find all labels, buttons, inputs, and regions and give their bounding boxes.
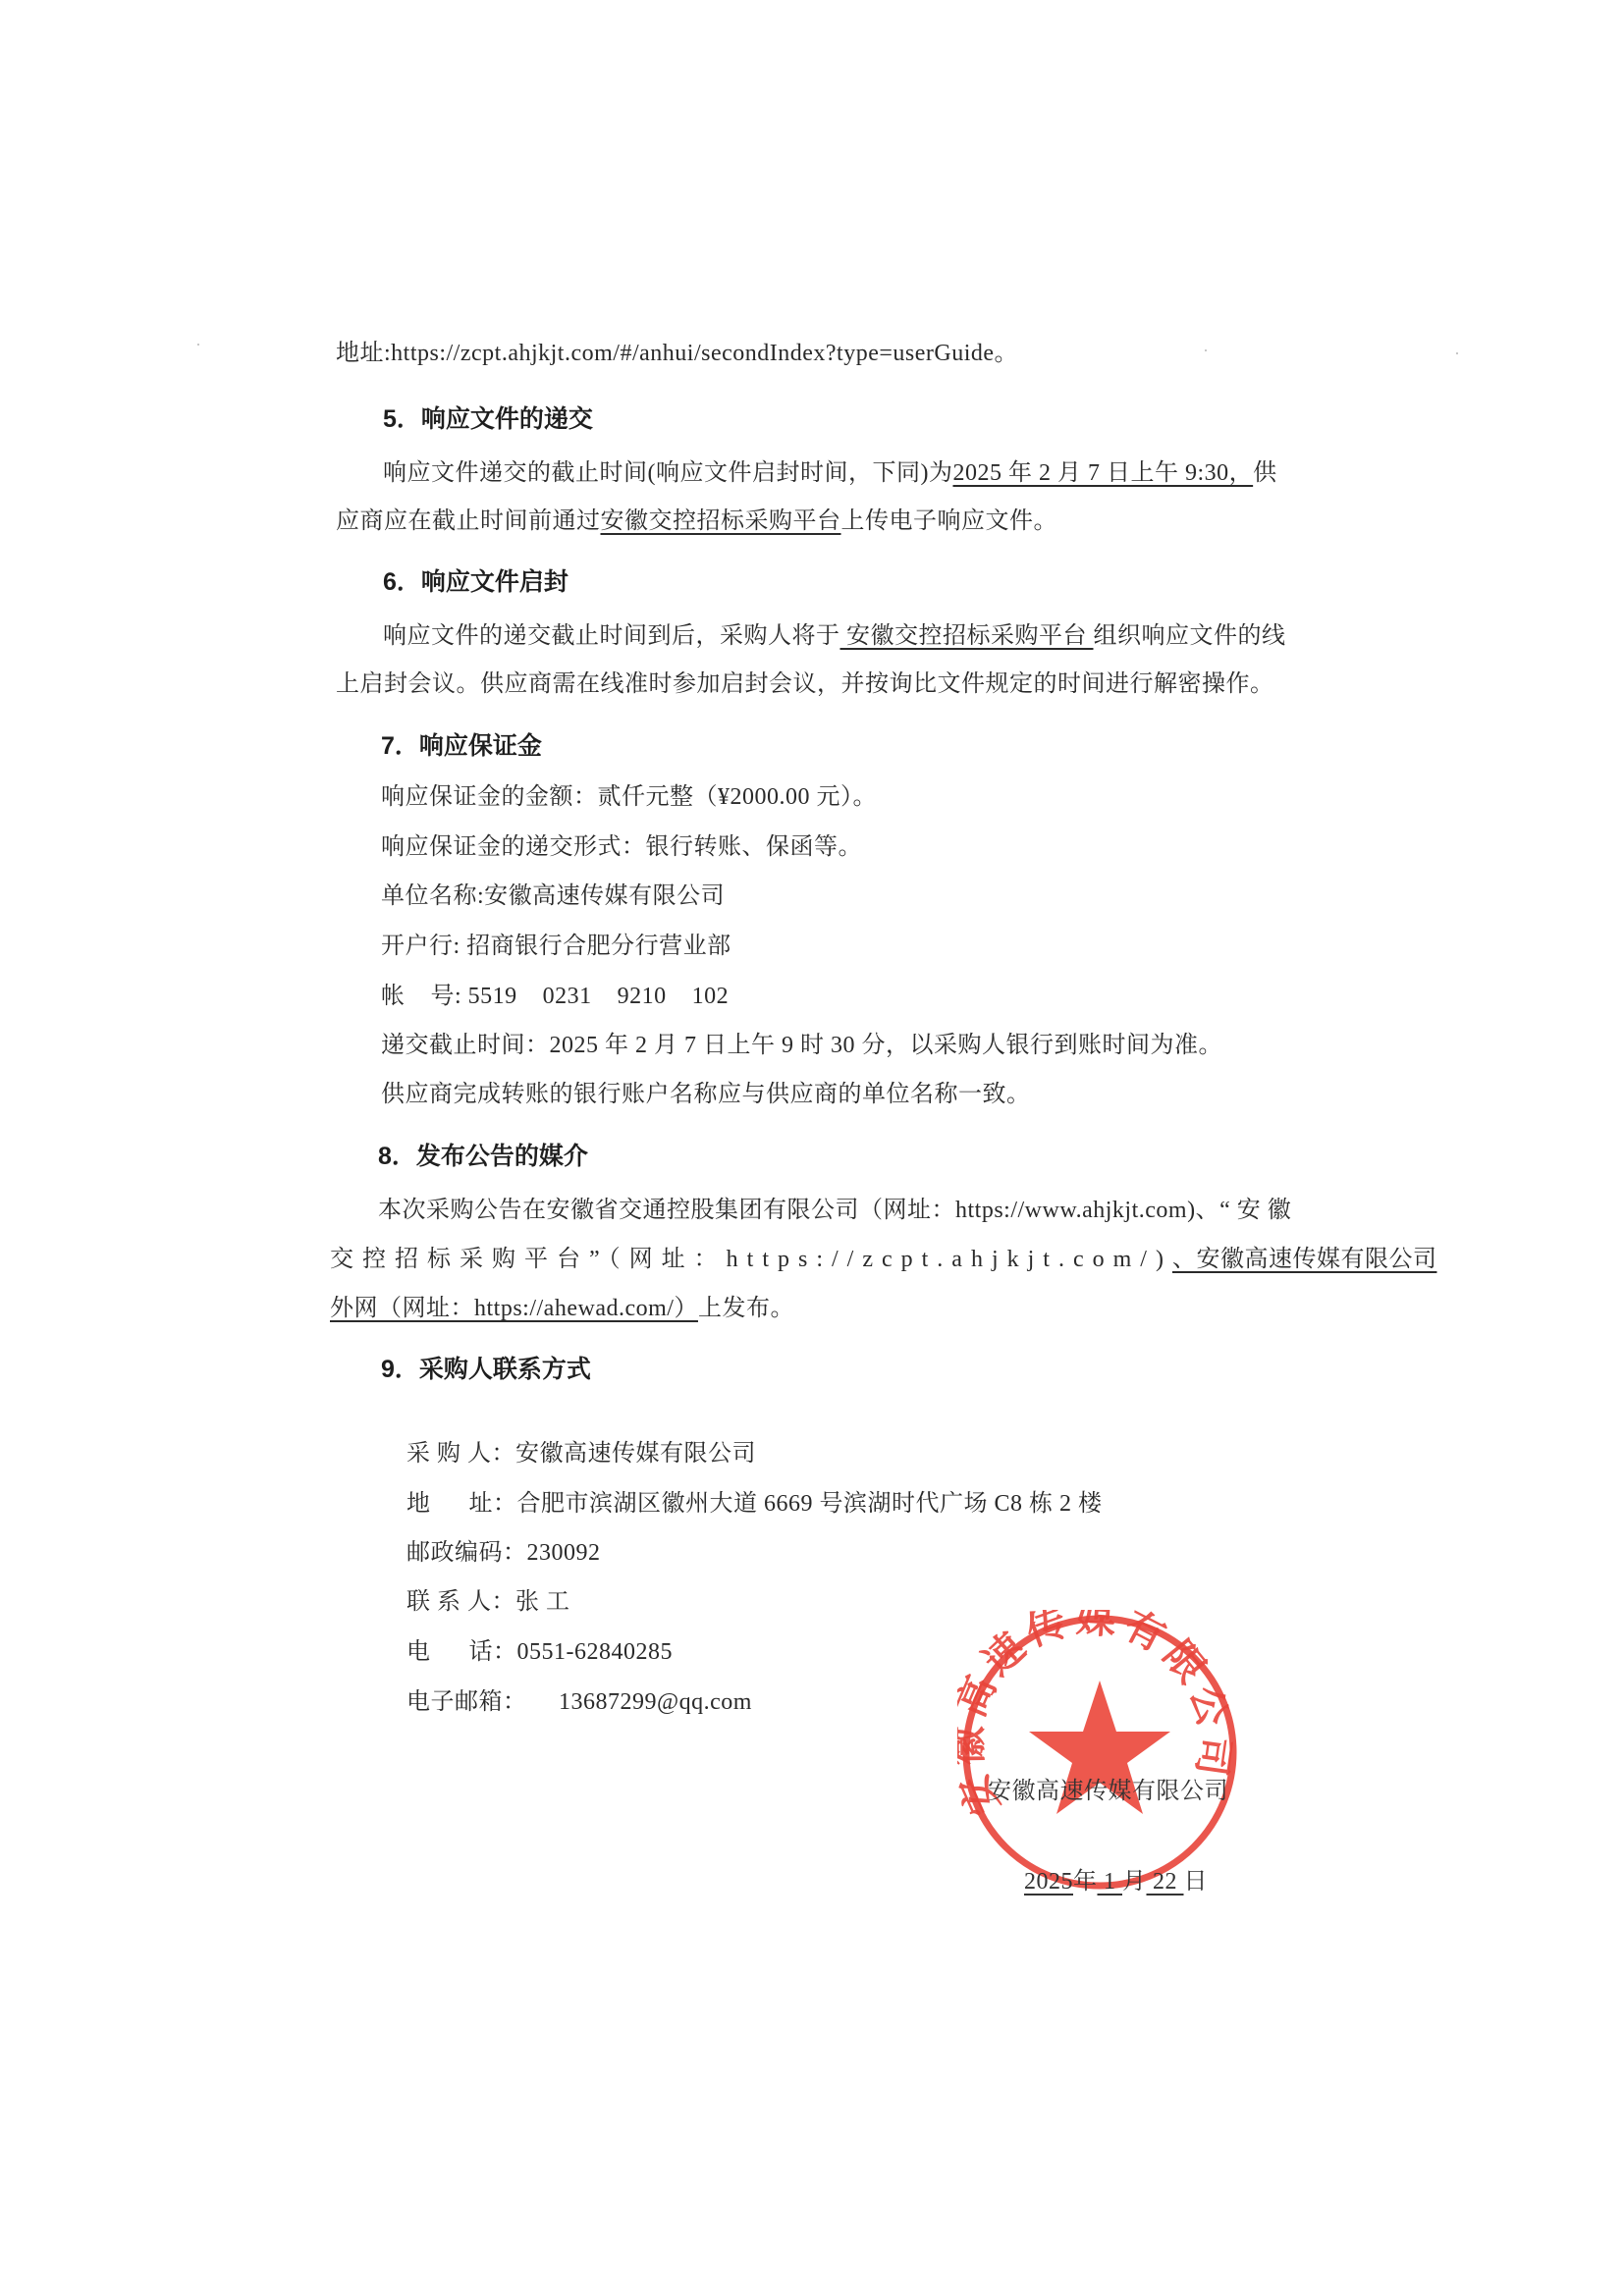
text: 交控招标采购平台”（网址：https://zcpt.ahjkjt.com/) — [330, 1247, 1172, 1272]
date-month-unit: 月 — [1122, 1869, 1147, 1895]
company-site-url-underlined: 外网（网址：https://ahewad.com/） — [330, 1296, 698, 1321]
section-6-paragraph-line-1: 响应文件的递交截止时间到后，采购人将于 安徽交控招标采购平台 组织响应文件的线 — [383, 621, 1286, 651]
account-number: 帐 号: 5519 0231 9210 102 — [381, 982, 729, 1011]
account-name: 单位名称:安徽高速传媒有限公司 — [381, 881, 725, 911]
section-5-heading: 5．响应文件的递交 — [383, 404, 593, 434]
section-8-paragraph-line-1: 本次采购公告在安徽省交通控股集团有限公司（网址：https://www.ahjk… — [378, 1196, 1291, 1225]
section-5-paragraph-line-2: 应商应在截止时间前通过安徽交控招标采购平台上传电子响应文件。 — [336, 507, 1057, 536]
text: 响应文件递交的截止时间(响应文件启封时间，下同)为 — [383, 460, 952, 486]
document-page: 地址:https://zcpt.ahjkjt.com/#/anhui/secon… — [0, 0, 1624, 2296]
deposit-amount: 响应保证金的金额：贰仟元整（¥2000.00 元）。 — [381, 782, 877, 812]
date-day: 22 — [1147, 1869, 1184, 1895]
text: 上传电子响应文件。 — [841, 508, 1058, 534]
deadline-underlined: 2025 年 2 月 7 日上午 9:30， — [952, 460, 1253, 486]
section-8-heading: 8．发布公告的媒介 — [378, 1142, 588, 1171]
platform-name-underlined: 安徽交控招标采购平台 — [840, 623, 1094, 649]
company-site-underlined: 、安徽高速传媒有限公司 — [1172, 1247, 1437, 1272]
contact-label: 电子邮箱： — [406, 1689, 527, 1715]
platform-name-underlined: 安徽交控招标采购平台 — [601, 508, 841, 534]
text: 供 — [1253, 460, 1277, 486]
date-day-unit: 日 — [1184, 1869, 1209, 1895]
date-year-unit: 年 — [1073, 1869, 1098, 1895]
signing-date: 2025年 1 月 22 日 — [999, 1838, 1208, 1926]
scan-speck — [1205, 349, 1207, 351]
section-6-paragraph-line-2: 上启封会议。供应商需在线准时参加启封会议，并按询比文件规定的时间进行解密操作。 — [336, 669, 1274, 699]
signing-company: 安徽高速传媒有限公司 — [988, 1777, 1228, 1806]
section-8-paragraph-line-3: 外网（网址：https://ahewad.com/）上发布。 — [330, 1294, 794, 1323]
section-6-heading: 6．响应文件启封 — [383, 567, 568, 597]
text: 响应文件的递交截止时间到后，采购人将于 — [383, 623, 840, 649]
text: 上发布。 — [698, 1296, 794, 1321]
section-9-heading: 9．采购人联系方式 — [381, 1355, 591, 1384]
deposit-form: 响应保证金的递交形式：银行转账、保函等。 — [381, 832, 862, 862]
bank-name: 开户行: 招商银行合肥分行营业部 — [381, 932, 731, 961]
section-7-heading: 7．响应保证金 — [381, 731, 542, 761]
scan-speck — [1456, 352, 1458, 354]
contact-value: 13687299@qq.com — [527, 1689, 752, 1715]
date-month: 1 — [1098, 1869, 1123, 1895]
date-year: 2025 — [1024, 1869, 1073, 1895]
contact-value: 合肥市滨湖区徽州大道 6669 号滨湖时代广场 C8 栋 2 楼 — [517, 1491, 1103, 1517]
text: 组织响应文件的线 — [1094, 623, 1286, 649]
address-line: 地址:https://zcpt.ahjkjt.com/#/anhui/secon… — [336, 339, 1018, 368]
scan-speck — [197, 344, 199, 346]
deposit-deadline: 递交截止时间：2025 年 2 月 7 日上午 9 时 30 分，以采购人银行到… — [381, 1031, 1222, 1060]
section-5-paragraph-line-1: 响应文件递交的截止时间(响应文件启封时间，下同)为2025 年 2 月 7 日上… — [383, 458, 1277, 488]
account-consistency-note: 供应商完成转账的银行账户名称应与供应商的单位名称一致。 — [381, 1080, 1031, 1109]
section-8-paragraph-line-2: 交控招标采购平台”（网址：https://zcpt.ahjkjt.com/)、安… — [330, 1245, 1436, 1274]
text: 应商应在截止时间前通过 — [336, 508, 601, 534]
contact-email: 电子邮箱： 13687299@qq.com — [381, 1658, 752, 1746]
